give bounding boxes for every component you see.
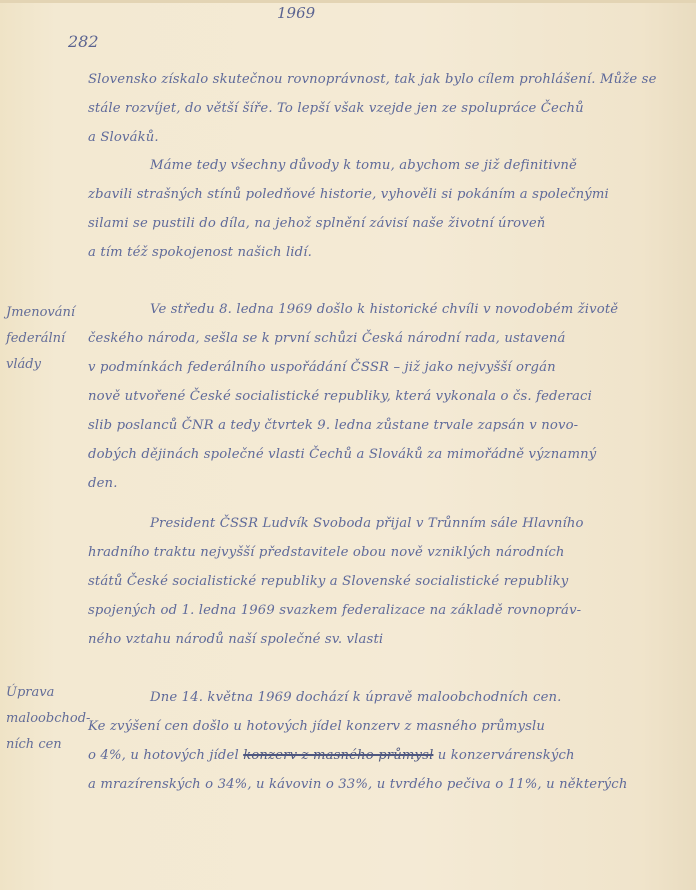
chronicle-page: 1969 282 Slovensko získalo skutečnou rov… — [0, 0, 696, 890]
text-line: silami se pustili do díla, na jehož spln… — [88, 216, 545, 231]
page-year: 1969 — [277, 4, 315, 22]
text-line: a Slováků. — [88, 130, 159, 145]
text-line: českého národa, sešla se k první schůzi … — [88, 331, 566, 346]
text-line-with-strikethrough: o 4%, u hotových jídel konzerv z masného… — [88, 748, 575, 763]
text-line: Dne 14. května 1969 dochází k úpravě mal… — [150, 690, 562, 705]
struck-text: konzerv z masného průmysl — [243, 748, 433, 763]
text-line: Slovensko získalo skutečnou rovnoprávnos… — [88, 72, 657, 87]
text-line: nově utvořené České socialistické republ… — [88, 389, 592, 404]
text-line: a mrazírenských o 34%, u kávovin o 33%, … — [88, 777, 627, 792]
text-segment: u konzervárenských — [438, 748, 575, 763]
text-line: hradního traktu nejvyšší představitele o… — [88, 545, 565, 560]
text-line: Ve středu 8. ledna 1969 došlo k historic… — [150, 302, 618, 317]
page-number: 282 — [68, 32, 99, 51]
margin-note-federal-government: Jmenování federální vlády — [6, 300, 75, 378]
margin-note-line: ních cen — [6, 732, 90, 758]
margin-note-line: federální — [6, 326, 75, 352]
margin-note-line: Úprava — [6, 680, 90, 706]
text-line: a tím též spokojenost našich lidí. — [88, 245, 312, 260]
text-line: zbavili strašných stínů poledňové histor… — [88, 187, 609, 202]
margin-note-line: vlády — [6, 352, 75, 378]
margin-note-retail-prices: Úprava maloobchod- ních cen — [6, 680, 90, 758]
text-line: v podmínkách federálního uspořádání ČSSR… — [88, 360, 556, 375]
text-line: stále rozvíjet, do větší šíře. To lepší … — [88, 101, 584, 116]
text-line: slib poslanců ČNR a tedy čtvrtek 9. ledn… — [88, 418, 578, 433]
margin-note-line: maloobchod- — [6, 706, 90, 732]
text-line: ného vztahu národů naší společné sv. vla… — [88, 632, 383, 647]
text-line: států České socialistické republiky a Sl… — [88, 574, 568, 589]
text-line: dobých dějinách společné vlasti Čechů a … — [88, 447, 596, 462]
text-line: Máme tedy všechny důvody k tomu, abychom… — [150, 158, 577, 173]
text-segment: o 4%, u hotových jídel — [88, 748, 243, 763]
margin-note-line: Jmenování — [6, 300, 75, 326]
text-line: den. — [88, 476, 118, 491]
text-line: spojených od 1. ledna 1969 svazkem feder… — [88, 603, 581, 618]
text-line: President ČSSR Ludvík Svoboda přijal v T… — [150, 516, 584, 531]
text-line: Ke zvýšení cen došlo u hotových jídel ko… — [88, 719, 545, 734]
